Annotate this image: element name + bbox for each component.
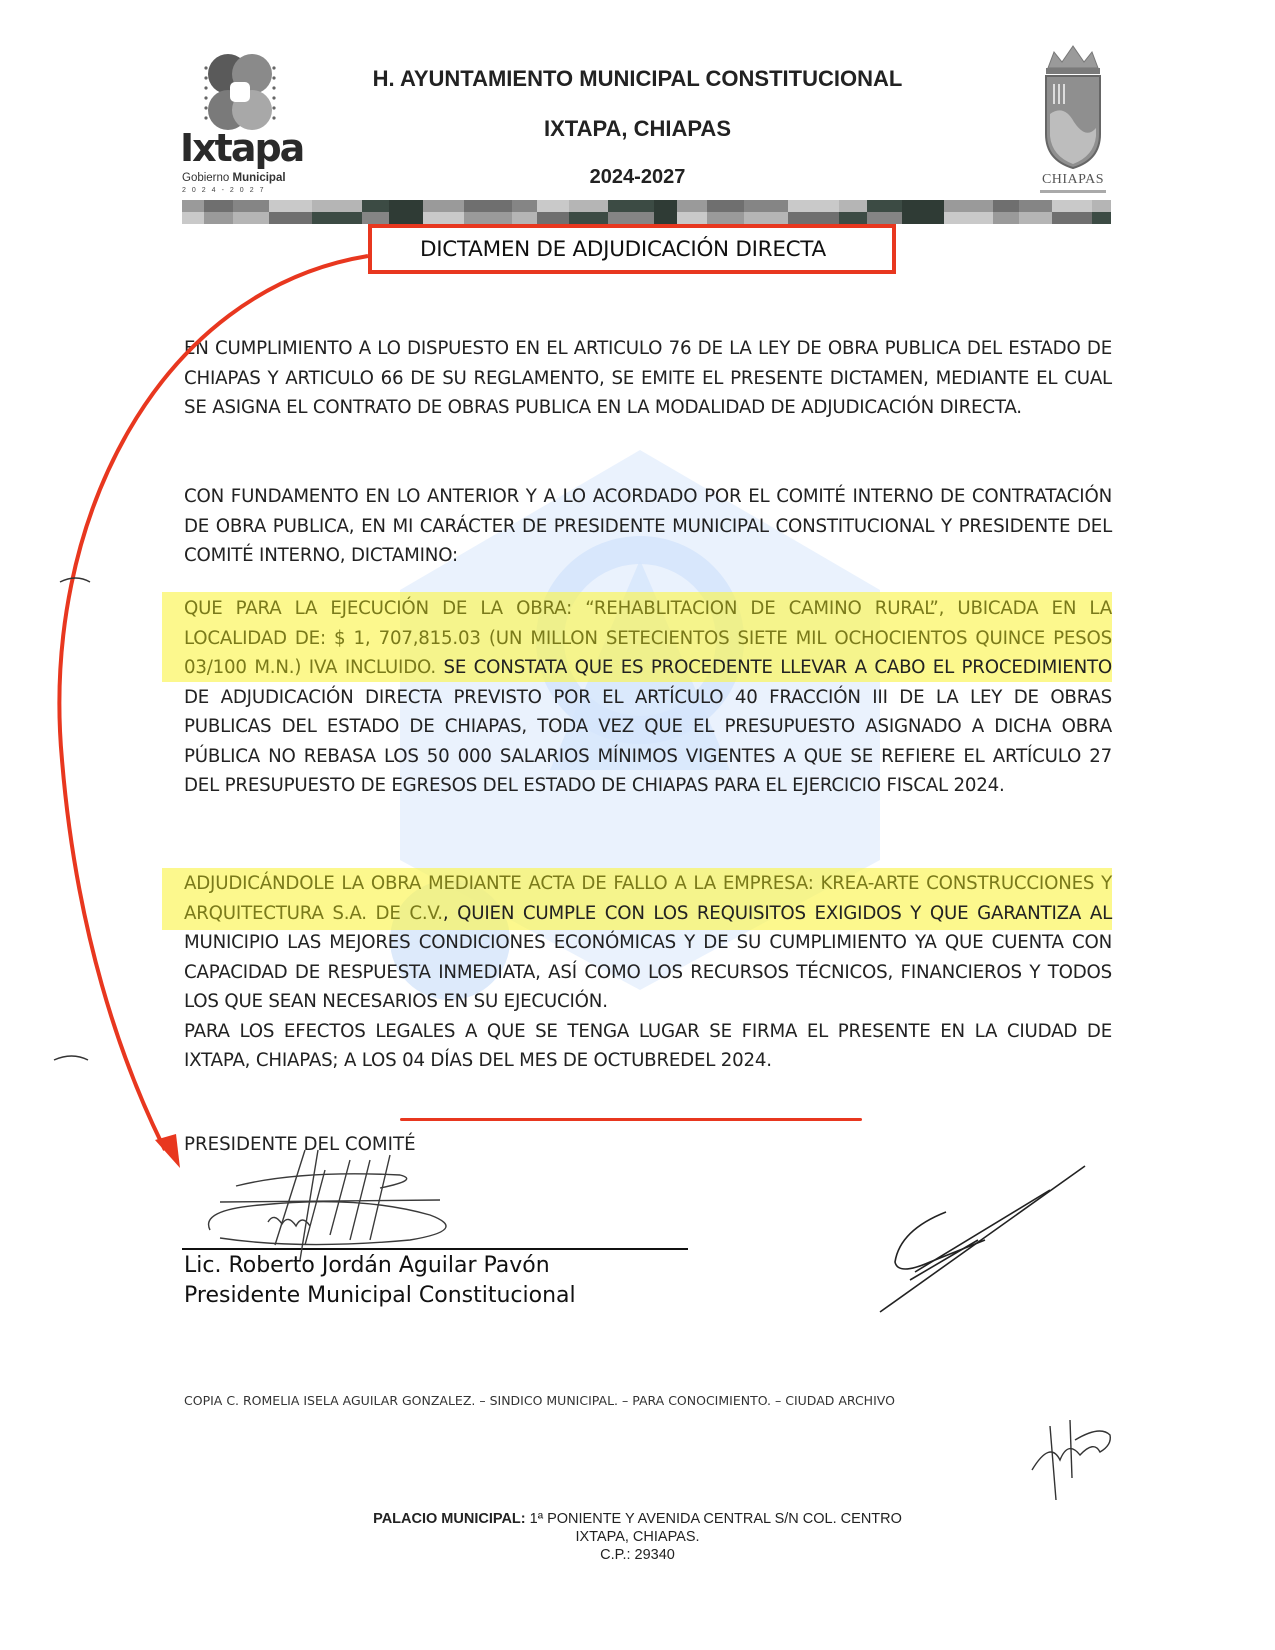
header-period: 2024-2027 <box>240 166 1035 189</box>
work-name: “REHABLITACION DE CAMINO RURAL” <box>585 598 938 619</box>
signing-date: A LOS 04 DÍAS DEL MES DE OCTUBREDEL 2024 <box>344 1050 766 1071</box>
signature-line <box>182 1248 688 1250</box>
footer-address: PALACIO MUNICIPAL: 1ª PONIENTE Y AVENIDA… <box>240 1510 1035 1564</box>
copy-recipients: COPIA C. ROMELIA ISELA AGUILAR GONZALEZ.… <box>184 1394 904 1408</box>
header-location: IXTAPA, CHIAPAS <box>240 116 1035 142</box>
document-title: DICTAMEN DE ADJUDICACIÓN DIRECTA <box>420 237 826 262</box>
signer-name: Lic. Roberto Jordán Aguilar Pavón <box>184 1253 550 1278</box>
initials-signature-icon <box>1032 1420 1110 1500</box>
chiapas-coat-of-arms-icon <box>1034 44 1112 172</box>
paragraph-legal-basis: EN CUMPLIMIENTO A LO DISPUESTO EN EL ART… <box>184 334 1112 423</box>
header-banner-strip <box>182 200 1111 224</box>
header-institution: H. AYUNTAMIENTO MUNICIPAL CONSTITUCIONAL <box>240 66 1035 92</box>
emblem-label: CHIAPAS <box>1034 172 1112 188</box>
second-signature-icon <box>880 1166 1085 1312</box>
paragraph-award: ADJUDICÁNDOLE LA OBRA MEDIANTE ACTA DE F… <box>184 869 1112 1076</box>
paragraph-foundation: CON FUNDAMENTO EN LO ANTERIOR Y A LO ACO… <box>184 482 1112 571</box>
punch-mark-icon <box>60 578 90 582</box>
signer-title: Presidente Municipal Constitucional <box>184 1283 576 1308</box>
document-title-box: DICTAMEN DE ADJUDICACIÓN DIRECTA <box>368 224 896 274</box>
contract-amount: $ 1, 707,815.03 <box>334 628 481 649</box>
date-underline-markup <box>400 1118 862 1121</box>
emblem-subtitle <box>1040 190 1106 193</box>
president-signature-icon <box>209 1150 446 1260</box>
paragraph-work-details: QUE PARA LA EJECUCIÓN DE LA OBRA: “REHAB… <box>184 594 1112 801</box>
signer-role: PRESIDENTE DEL COMITÉ <box>184 1134 416 1155</box>
punch-mark-icon <box>54 1056 88 1060</box>
chiapas-emblem: CHIAPAS <box>1034 44 1112 194</box>
